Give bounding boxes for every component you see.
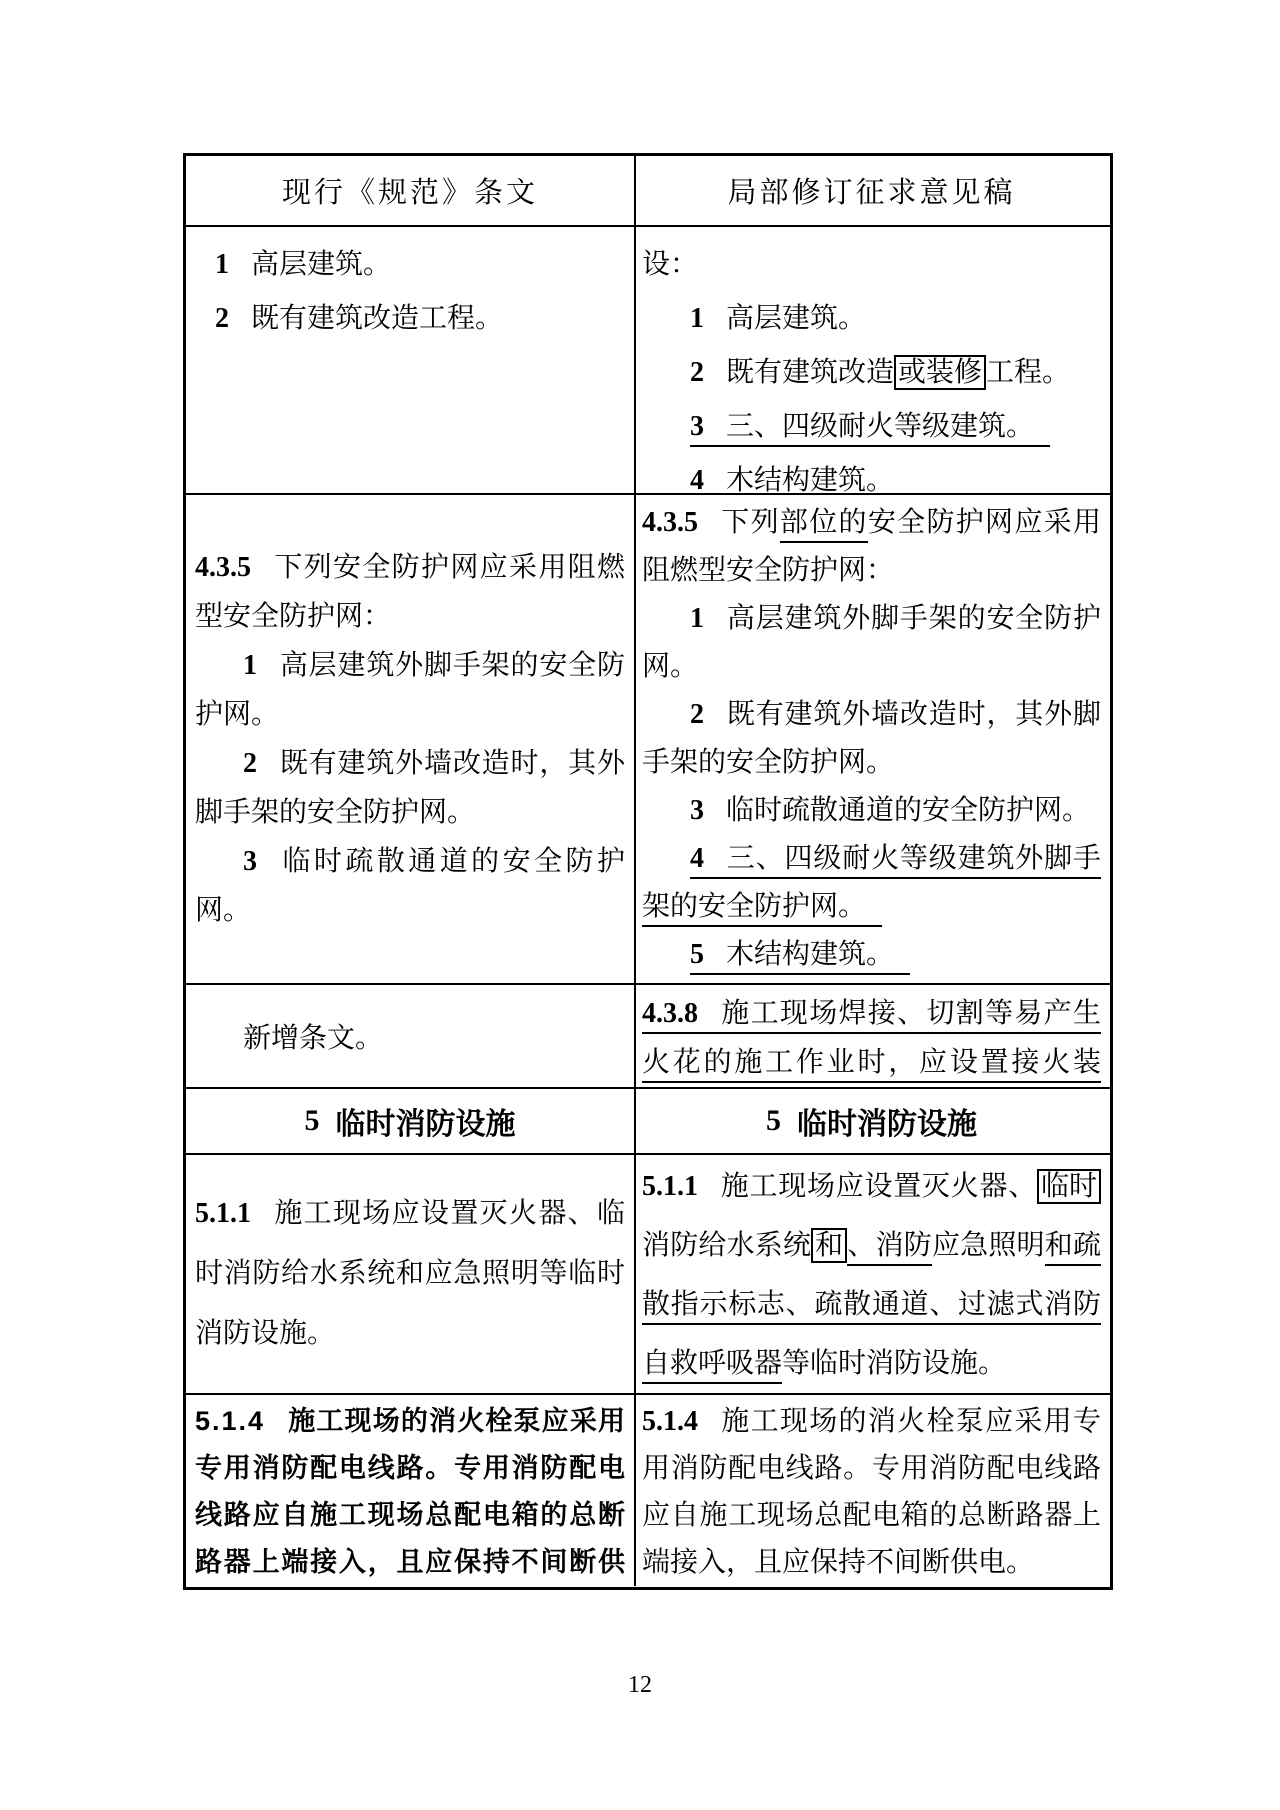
item-text: 高层建筑。 xyxy=(726,303,866,334)
item-text: 三、四级耐火等级建筑。 xyxy=(726,411,1034,442)
item-number: 1 xyxy=(690,303,704,334)
item-text: 既有建筑外墙改造时，其外脚手架的安全防护网。 xyxy=(195,748,625,828)
row-building-types: 1高层建筑。 2既有建筑改造工程。 设： 1高层建筑。 2既有建筑改造或装修工程… xyxy=(186,225,1110,493)
clause-number: 5.1.4 xyxy=(195,1406,265,1436)
row-clause-435-safety-nets: 4.3.5下列安全防护网应采用阻燃型安全防护网： 1高层建筑外脚手架的安全防护网… xyxy=(186,493,1110,983)
row-clause-511-fire-facilities: 5.1.1施工现场应设置灭火器、临时消防给水系统和应急照明等临时消防设施。 5.… xyxy=(186,1153,1110,1393)
clause-text: 施工现场应设置灭火器、临时消防给水系统和应急照明等临时消防设施。 xyxy=(195,1198,625,1349)
clause-number: 4.3.5 xyxy=(195,552,251,583)
item-number: 3 xyxy=(243,846,257,877)
current-cell-new-clause: 新增条文。 xyxy=(186,985,636,1087)
draft-cell-clause-438: 4.3.8施工现场焊接、切割等易产生火花的施工作业时，应设置接火装置。 xyxy=(636,985,1110,1087)
item-text: 高层建筑外脚手架的安全防护网。 xyxy=(195,650,625,730)
draft-cell-clause-511: 5.1.1施工现场应设置灭火器、临时消防给水系统和、消防应急照明和疏散指示标志、… xyxy=(636,1155,1110,1393)
row-clause-514-hydrant-pump: 5.1.4施工现场的消火栓泵应采用专用消防配电线路。专用消防配电线路应自施工现场… xyxy=(186,1393,1110,1586)
deleted-text-box: 临时 xyxy=(1037,1169,1101,1204)
header-cell-current-code: 现行《规范》条文 xyxy=(186,156,636,225)
inserted-list-item: 3三、四级耐火等级建筑。 xyxy=(642,400,1101,454)
clause-text: 应急照明 xyxy=(932,1230,1045,1261)
clause-paragraph: 5.1.4施工现场的消火栓泵应采用专用消防配电线路。专用消防配电线路应自施工现场… xyxy=(642,1398,1101,1586)
clause-number: 5.1.1 xyxy=(195,1198,251,1229)
clause-paragraph: 5.1.4施工现场的消火栓泵应采用专用消防配电线路。专用消防配电线路应自施工现场… xyxy=(195,1398,625,1586)
section-title: 临时消防设施 xyxy=(797,1099,977,1143)
header-cell-revision-draft: 局部修订征求意见稿 xyxy=(636,156,1110,225)
current-cell-clause-511: 5.1.1施工现场应设置灭火器、临时消防给水系统和应急照明等临时消防设施。 xyxy=(186,1155,636,1393)
inserted-text: 4木结构建筑。 xyxy=(690,465,910,493)
item-text: 高层建筑。 xyxy=(251,249,391,280)
inserted-text: 4.3.8施工现场焊接、切割等易产生火花的施工作业时，应设置接火装置。 xyxy=(642,998,1101,1087)
page-number: 12 xyxy=(0,1672,1280,1699)
list-item: 2既有建筑改造或装修工程。 xyxy=(642,346,1101,400)
deleted-text-box: 和 xyxy=(811,1228,847,1263)
item-number: 5 xyxy=(690,939,704,970)
clause-paragraph: 5.1.1施工现场应设置灭火器、临时消防给水系统和、消防应急照明和疏散指示标志、… xyxy=(642,1157,1101,1393)
item-text: 木结构建筑。 xyxy=(726,939,894,970)
deleted-text-box: 或装修 xyxy=(894,355,986,390)
header-revision-draft-label: 局部修订征求意见稿 xyxy=(727,170,1015,211)
item-number: 2 xyxy=(243,748,257,779)
draft-cell-clause-514: 5.1.4施工现场的消火栓泵应采用专用消防配电线路。专用消防配电线路应自施工现场… xyxy=(636,1395,1110,1586)
clause-text: 下列 xyxy=(720,507,780,538)
clause-number: 4.3.5 xyxy=(642,507,698,538)
new-clause-note: 新增条文。 xyxy=(195,1016,383,1056)
clause-text: 施工现场的消火栓泵应采用专用消防配电线路。专用消防配电线路应自施工现场总配电箱的… xyxy=(642,1406,1101,1578)
list-item: 3临时疏散通道的安全防护网。 xyxy=(642,787,1101,835)
current-cell-building-types: 1高层建筑。 2既有建筑改造工程。 xyxy=(186,227,636,493)
list-item: 2既有建筑外墙改造时，其外脚手架的安全防护网。 xyxy=(642,691,1101,787)
item-text: 三、四级耐火等级建筑外脚手架的安全防护网。 xyxy=(642,843,1101,922)
clause-paragraph: 4.3.5下列安全防护网应采用阻燃型安全防护网： xyxy=(195,543,625,641)
continued-text: 设： xyxy=(642,238,1101,292)
clause-text: 等临时消防设施。 xyxy=(782,1348,1006,1379)
clause-text: 施工现场焊接、切割等易产生火花的施工作业时，应设置接火装置。 xyxy=(642,998,1101,1087)
item-text: 既有建筑改造工程。 xyxy=(251,303,503,334)
item-number: 2 xyxy=(690,699,704,730)
draft-cell-section-heading: 5临时消防设施 xyxy=(636,1089,1110,1153)
item-number: 3 xyxy=(690,411,704,442)
revision-comparison-table: 现行《规范》条文 局部修订征求意见稿 1高层建筑。 2既有建筑改造工程。 设： … xyxy=(183,153,1113,1590)
item-text: 临时疏散通道的安全防护网。 xyxy=(726,795,1090,826)
clause-paragraph: 4.3.5下列部位的安全防护网应采用阻燃型安全防护网： xyxy=(642,499,1101,595)
inserted-list-item: 4三、四级耐火等级建筑外脚手架的安全防护网。 xyxy=(642,835,1101,931)
document-page: 现行《规范》条文 局部修订征求意见稿 1高层建筑。 2既有建筑改造工程。 设： … xyxy=(0,0,1280,1810)
item-number: 3 xyxy=(690,795,704,826)
current-cell-clause-514: 5.1.4施工现场的消火栓泵应采用专用消防配电线路。专用消防配电线路应自施工现场… xyxy=(186,1395,636,1586)
item-number: 4 xyxy=(690,843,704,874)
clause-paragraph: 5.1.1施工现场应设置灭火器、临时消防给水系统和应急照明等临时消防设施。 xyxy=(195,1184,625,1364)
item-text: 既有建筑改造 xyxy=(726,357,894,388)
item-text: 工程。 xyxy=(986,357,1070,388)
inserted-clause-paragraph: 4.3.8施工现场焊接、切割等易产生火花的施工作业时，应设置接火装置。 xyxy=(642,989,1101,1087)
item-text: 既有建筑外墙改造时，其外脚手架的安全防护网。 xyxy=(642,699,1101,778)
inserted-text: 、消防 xyxy=(847,1230,932,1266)
clause-number: 4.3.8 xyxy=(642,998,698,1029)
item-text: 临时疏散通道的安全防护网。 xyxy=(195,846,625,926)
item-number: 1 xyxy=(215,249,229,280)
section-number: 5 xyxy=(766,1104,781,1138)
row-section-heading: 5临时消防设施 5临时消防设施 xyxy=(186,1087,1110,1153)
item-number: 1 xyxy=(690,603,704,634)
table-header-row: 现行《规范》条文 局部修订征求意见稿 xyxy=(186,156,1110,225)
clause-number: 5.1.4 xyxy=(642,1406,698,1437)
item-number: 2 xyxy=(690,357,704,388)
list-item: 1高层建筑。 xyxy=(642,292,1101,346)
list-item: 1高层建筑。 xyxy=(195,238,625,292)
section-number: 5 xyxy=(305,1104,320,1138)
draft-cell-building-types: 设： 1高层建筑。 2既有建筑改造或装修工程。 3三、四级耐火等级建筑。 4木结… xyxy=(636,227,1110,493)
item-number: 2 xyxy=(215,303,229,334)
list-item: 1高层建筑外脚手架的安全防护网。 xyxy=(642,595,1101,691)
inserted-text: 4三、四级耐火等级建筑外脚手架的安全防护网。 xyxy=(642,843,1101,927)
inserted-text: 部位的 xyxy=(780,507,868,543)
current-cell-clause-435: 4.3.5下列安全防护网应采用阻燃型安全防护网： 1高层建筑外脚手架的安全防护网… xyxy=(186,495,636,983)
inserted-list-item: 4木结构建筑。 xyxy=(642,454,1101,493)
clause-number: 5.1.1 xyxy=(642,1171,698,1202)
list-item: 3临时疏散通道的安全防护网。 xyxy=(195,837,625,935)
inserted-list-item: 5木结构建筑。 xyxy=(642,931,1101,979)
list-item: 1高层建筑外脚手架的安全防护网。 xyxy=(195,641,625,739)
clause-text: 安全防护网应采用阻燃型安全防护网： xyxy=(642,507,1101,586)
clause-text: 施工现场应设置灭火器、 xyxy=(720,1171,1037,1202)
clause-text: 消防给水系统 xyxy=(642,1230,811,1261)
item-text: 高层建筑外脚手架的安全防护网。 xyxy=(642,603,1101,682)
item-text: 木结构建筑。 xyxy=(726,465,894,493)
inserted-text: 5木结构建筑。 xyxy=(690,939,910,975)
section-title: 临时消防设施 xyxy=(336,1099,516,1143)
list-item: 2既有建筑外墙改造时，其外脚手架的安全防护网。 xyxy=(195,739,625,837)
list-item: 2既有建筑改造工程。 xyxy=(195,292,625,346)
draft-cell-clause-435: 4.3.5下列部位的安全防护网应采用阻燃型安全防护网： 1高层建筑外脚手架的安全… xyxy=(636,495,1110,983)
clause-text: 下列安全防护网应采用阻燃型安全防护网： xyxy=(195,552,625,632)
header-current-code-label: 现行《规范》条文 xyxy=(282,170,538,211)
inserted-text: 3三、四级耐火等级建筑。 xyxy=(690,411,1050,447)
item-number: 1 xyxy=(243,650,257,681)
current-cell-section-heading: 5临时消防设施 xyxy=(186,1089,636,1153)
row-new-clause-438: 新增条文。 4.3.8施工现场焊接、切割等易产生火花的施工作业时，应设置接火装置… xyxy=(186,983,1110,1087)
item-number: 4 xyxy=(690,465,704,493)
